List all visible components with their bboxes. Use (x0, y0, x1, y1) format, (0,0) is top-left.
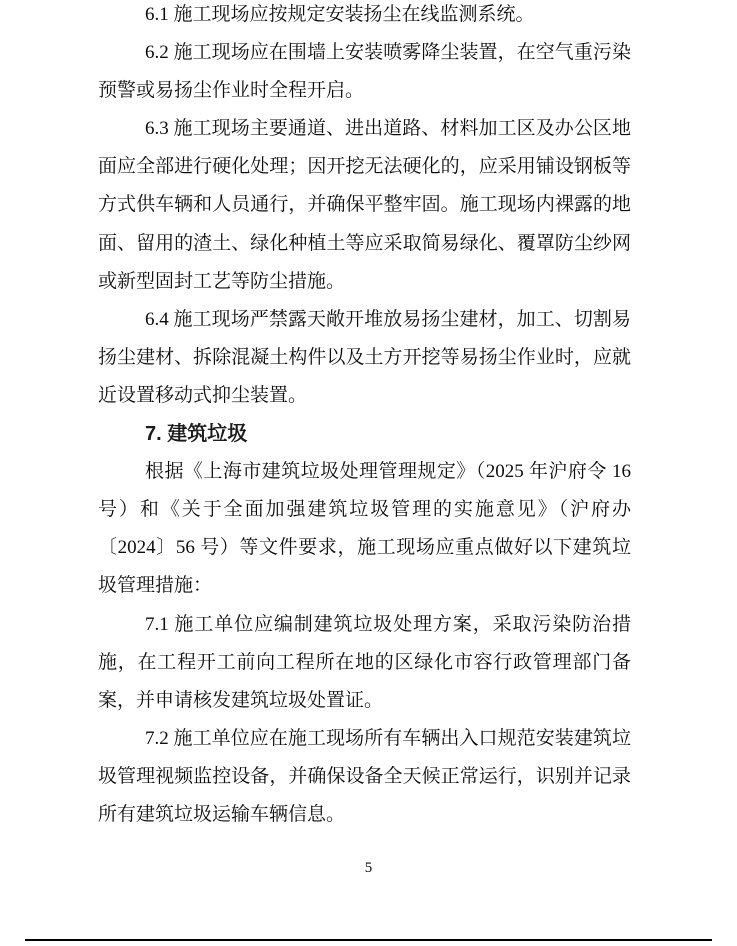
paragraph-6-4: 6.4 施工现场严禁露天敞开堆放易扬尘建材，加工、切割易扬尘建材、拆除混凝土构件… (98, 301, 631, 415)
paragraph-6-3: 6.3 施工现场主要通道、进出道路、材料加工区及办公区地面应全部进行硬化处理；因… (98, 110, 631, 300)
paragraph-7-2: 7.2 施工单位应在施工现场所有车辆出入口规范安装建筑垃圾管理视频监控设备，并确… (98, 720, 631, 834)
paragraph-6-1: 6.1 施工现场应按规定安装扬尘在线监测系统。 (98, 0, 631, 34)
paragraph-7-1: 7.1 施工单位应编制建筑垃圾处理方案，采取污染防治措施，在工程开工前向工程所在… (98, 606, 631, 720)
paragraph-7-intro: 根据《上海市建筑垃圾处理管理规定》（2025 年沪府令 16 号）和《关于全面加… (98, 453, 631, 605)
footer-divider (25, 939, 712, 941)
page-footer: 5 (0, 856, 737, 880)
document-page: 6.1 施工现场应按规定安装扬尘在线监测系统。 6.2 施工现场应在围墙上安装喷… (0, 0, 737, 946)
paragraph-6-2: 6.2 施工现场应在围墙上安装喷雾降尘装置，在空气重污染预警或易扬尘作业时全程开… (98, 34, 631, 110)
page-number: 5 (365, 860, 373, 876)
document-body: 6.1 施工现场应按规定安装扬尘在线监测系统。 6.2 施工现场应在围墙上安装喷… (98, 0, 631, 834)
section-heading-construction-waste: 7. 建筑垃圾 (98, 415, 631, 453)
